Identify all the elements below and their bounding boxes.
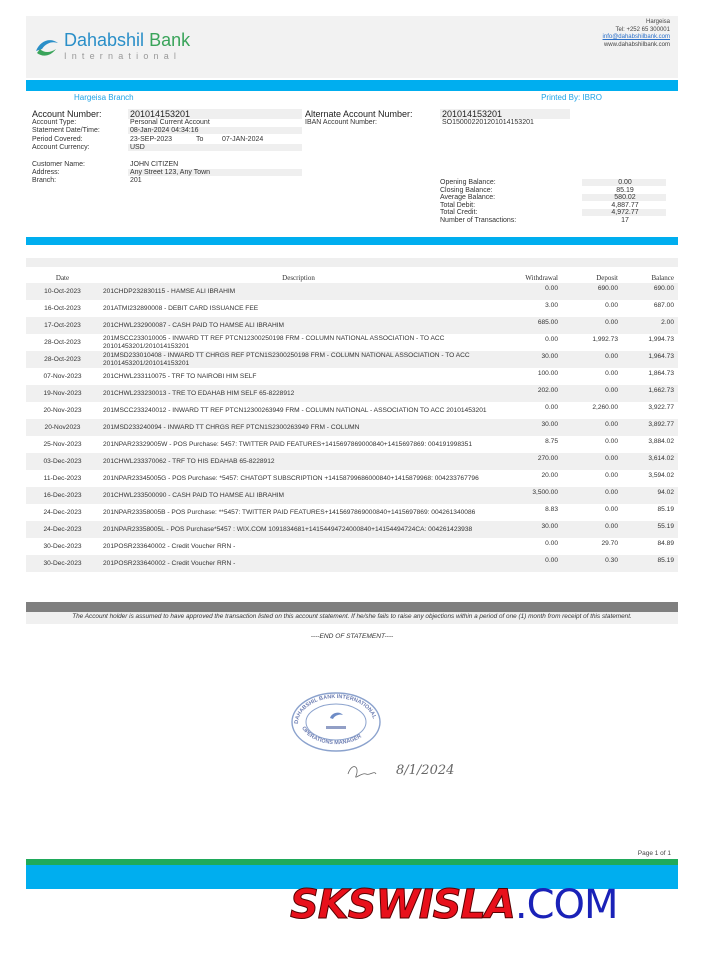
statement-page: Dahabshil Bank International Hargeisa Te… bbox=[26, 16, 678, 640]
row-description: 201CHDP232830115 - HAMSE ALI IBRAHIM bbox=[99, 283, 498, 300]
table-row: 10-Oct-2023201CHDP232830115 - HAMSE ALI … bbox=[26, 283, 678, 300]
row-withdrawal: 0.00 bbox=[498, 538, 562, 555]
section-divider bbox=[26, 237, 678, 245]
table-row: 19-Nov-2023201CHWL233230013 - TRE TO EDA… bbox=[26, 385, 678, 402]
row-description: 201POSR233640002 - Credit Voucher RRN - bbox=[99, 555, 498, 572]
period-to-label: To bbox=[194, 136, 203, 143]
branch-label: Hargeisa Branch bbox=[74, 93, 134, 102]
row-withdrawal: 0.00 bbox=[498, 334, 562, 351]
row-balance: 3,594.02 bbox=[622, 470, 678, 487]
summary-label: Opening Balance: bbox=[440, 179, 496, 186]
table-row: 16-Dec-2023201CHWL233500090 - CASH PAID … bbox=[26, 487, 678, 504]
summary-value: 4,972.77 bbox=[582, 209, 666, 216]
row-date: 17-Oct-2023 bbox=[26, 317, 99, 334]
row-deposit: 0.00 bbox=[562, 521, 622, 538]
contact-email-link[interactable]: info@dahabshilbank.com bbox=[603, 34, 670, 42]
summary-label: Total Debit: bbox=[440, 202, 475, 209]
row-deposit: 0.00 bbox=[562, 470, 622, 487]
table-row: 28-Oct-2023201MSCC233010005 - INWARD TT … bbox=[26, 334, 678, 351]
table-row: 25-Nov-2023201NPAR23329005W - POS Purcha… bbox=[26, 436, 678, 453]
contact-city: Hargeisa bbox=[603, 19, 670, 27]
branch-code: 201 bbox=[128, 177, 142, 184]
account-number: 201014153201 bbox=[128, 109, 302, 119]
page-number: Page 1 of 1 bbox=[638, 850, 671, 857]
account-info: Account Number: 201014153201 Account Typ… bbox=[26, 105, 678, 235]
row-date: 28-Oct-2023 bbox=[26, 334, 99, 351]
grey-band bbox=[26, 258, 678, 267]
account-number-label: Account Number: bbox=[32, 109, 102, 119]
row-date: 24-Dec-2023 bbox=[26, 504, 99, 521]
table-row: 17-Oct-2023201CHWL232900087 - CASH PAID … bbox=[26, 317, 678, 334]
row-balance: 55.19 bbox=[622, 521, 678, 538]
row-withdrawal: 8.75 bbox=[498, 436, 562, 453]
row-description: 201ATMI232890008 - DEBIT CARD ISSUANCE F… bbox=[99, 300, 498, 317]
summary-value: 4,887.77 bbox=[582, 202, 666, 209]
col-description: Description bbox=[99, 272, 498, 283]
signature: 8/1/2024 bbox=[340, 752, 470, 791]
watermark: SKSWISLA.COM bbox=[290, 882, 618, 928]
row-balance: 1,662.73 bbox=[622, 385, 678, 402]
bank-stamp-icon: DAHABSHIL BANK INTERNATIONAL OPERATIONS … bbox=[286, 688, 386, 754]
summary-value: 17 bbox=[582, 217, 666, 224]
row-withdrawal: 20.00 bbox=[498, 470, 562, 487]
row-deposit: 0.00 bbox=[562, 419, 622, 436]
row-balance: 85.19 bbox=[622, 504, 678, 521]
summary-value: 0.00 bbox=[582, 179, 666, 186]
iban-label: IBAN Account Number: bbox=[305, 119, 377, 126]
row-description: 201NPAR23358005L - POS Purchase*5457 : W… bbox=[99, 521, 498, 538]
watermark-part2: .COM bbox=[515, 882, 618, 928]
period-from: 23-SEP-2023 bbox=[128, 136, 172, 143]
row-date: 03-Dec-2023 bbox=[26, 453, 99, 470]
summary-label: Total Credit: bbox=[440, 209, 477, 216]
table-row: 11-Dec-2023201NPAR23345005G - POS Purcha… bbox=[26, 470, 678, 487]
row-deposit: 0.00 bbox=[562, 504, 622, 521]
bank-subtitle: International bbox=[64, 51, 190, 61]
customer-name: JOHN CITIZEN bbox=[128, 161, 178, 168]
row-withdrawal: 202.00 bbox=[498, 385, 562, 402]
bank-logo-icon bbox=[34, 33, 60, 59]
bank-contact: Hargeisa Tel: +252 65 300001 info@dahabs… bbox=[603, 19, 670, 49]
col-date: Date bbox=[26, 272, 99, 283]
address-label: Address: bbox=[32, 169, 60, 176]
row-withdrawal: 8.83 bbox=[498, 504, 562, 521]
alt-account-label: Alternate Account Number: bbox=[305, 109, 413, 119]
transactions-table: Date Description Withdrawal Deposit Bala… bbox=[26, 272, 678, 572]
row-withdrawal: 30.00 bbox=[498, 521, 562, 538]
summary-label: Closing Balance: bbox=[440, 187, 493, 194]
row-deposit: 0.00 bbox=[562, 385, 622, 402]
table-row: 16-Oct-2023201ATMI232890008 - DEBIT CARD… bbox=[26, 300, 678, 317]
row-deposit: 2,260.00 bbox=[562, 402, 622, 419]
bank-name-part1: Dahabshil bbox=[64, 30, 144, 50]
row-description: 201CHWL233110075 - TRF TO NAIROBI HIM SE… bbox=[99, 368, 498, 385]
account-type: Personal Current Account bbox=[128, 119, 302, 126]
svg-text:8/1/2024: 8/1/2024 bbox=[396, 763, 454, 778]
printed-by: Printed By: IBRO bbox=[541, 93, 602, 102]
row-balance: 94.02 bbox=[622, 487, 678, 504]
row-description: 201CHWL233230013 - TRE TO EDAHAB HIM SEL… bbox=[99, 385, 498, 402]
letterhead: Dahabshil Bank International Hargeisa Te… bbox=[26, 16, 678, 78]
alt-account: 201014153201 bbox=[440, 109, 570, 119]
row-description: 201NPAR23329005W - POS Purchase: 5457: T… bbox=[99, 436, 498, 453]
summary-value: 580.02 bbox=[582, 194, 666, 201]
table-row: 07-Nov-2023201CHWL233110075 - TRF TO NAI… bbox=[26, 368, 678, 385]
row-date: 28-Oct-2023 bbox=[26, 351, 99, 368]
currency: USD bbox=[128, 144, 302, 151]
row-date: 30-Dec-2023 bbox=[26, 538, 99, 555]
col-deposit: Deposit bbox=[562, 272, 622, 283]
col-withdrawal: Withdrawal bbox=[498, 272, 562, 283]
row-balance: 3,614.02 bbox=[622, 453, 678, 470]
row-deposit: 0.30 bbox=[562, 555, 622, 572]
row-withdrawal: 30.00 bbox=[498, 419, 562, 436]
row-deposit: 0.00 bbox=[562, 453, 622, 470]
row-withdrawal: 100.00 bbox=[498, 368, 562, 385]
row-deposit: 0.00 bbox=[562, 317, 622, 334]
table-row: 24-Dec-2023201NPAR23358005L - POS Purcha… bbox=[26, 521, 678, 538]
row-description: 201MSD233010408 - INWARD TT CHRGS REF PT… bbox=[99, 351, 498, 368]
summary-label: Number of Transactions: bbox=[440, 217, 516, 224]
row-deposit: 0.00 bbox=[562, 351, 622, 368]
table-row: 20-Nov-2023201MSCC233240012 - INWARD TT … bbox=[26, 402, 678, 419]
row-description: 201MSCC233240012 - INWARD TT REF PTCN123… bbox=[99, 402, 498, 419]
row-balance: 1,864.73 bbox=[622, 368, 678, 385]
row-balance: 3,922.77 bbox=[622, 402, 678, 419]
row-withdrawal: 30.00 bbox=[498, 351, 562, 368]
bank-name-part2: Bank bbox=[149, 30, 190, 50]
address: Any Street 123, Any Town bbox=[128, 169, 302, 176]
row-date: 20-Nov2023 bbox=[26, 419, 99, 436]
row-balance: 1,964.73 bbox=[622, 351, 678, 368]
row-deposit: 1,992.73 bbox=[562, 334, 622, 351]
table-row: 30-Dec-2023201POSR233640002 - Credit Vou… bbox=[26, 555, 678, 572]
disclaimer: The Account holder is assumed to have ap… bbox=[26, 612, 678, 624]
row-balance: 1,994.73 bbox=[622, 334, 678, 351]
branch-code-label: Branch: bbox=[32, 177, 56, 184]
row-date: 30-Dec-2023 bbox=[26, 555, 99, 572]
account-type-label: Account Type: bbox=[32, 119, 76, 126]
row-date: 20-Nov-2023 bbox=[26, 402, 99, 419]
row-withdrawal: 685.00 bbox=[498, 317, 562, 334]
watermark-part1: SKSWISLA bbox=[290, 882, 515, 928]
row-balance: 687.00 bbox=[622, 300, 678, 317]
end-of-statement: ----END OF STATEMENT---- bbox=[26, 633, 678, 640]
col-balance: Balance bbox=[622, 272, 678, 283]
table-row: 24-Dec-2023201NPAR23358005B - POS Purcha… bbox=[26, 504, 678, 521]
row-date: 16-Dec-2023 bbox=[26, 487, 99, 504]
table-row: 30-Dec-2023201POSR233640002 - Credit Vou… bbox=[26, 538, 678, 555]
row-date: 11-Dec-2023 bbox=[26, 470, 99, 487]
table-row: 03-Dec-2023201CHWL233370062 - TRF TO HIS… bbox=[26, 453, 678, 470]
row-description: 201NPAR23345005G - POS Purchase: *5457: … bbox=[99, 470, 498, 487]
row-withdrawal: 270.00 bbox=[498, 453, 562, 470]
table-row: 20-Nov2023201MSD233240094 - INWARD TT CH… bbox=[26, 419, 678, 436]
row-balance: 3,884.02 bbox=[622, 436, 678, 453]
row-description: 201CHWL233500090 - CASH PAID TO HAMSE AL… bbox=[99, 487, 498, 504]
row-withdrawal: 0.00 bbox=[498, 555, 562, 572]
contact-website: www.dahabshilbank.com bbox=[603, 42, 670, 50]
row-description: 201CHWL232900087 - CASH PAID TO HAMSE AL… bbox=[99, 317, 498, 334]
row-date: 24-Dec-2023 bbox=[26, 521, 99, 538]
row-description: 201MSD233240094 - INWARD TT CHRGS REF PT… bbox=[99, 419, 498, 436]
contact-tel: Tel: +252 65 300001 bbox=[603, 27, 670, 35]
row-date: 25-Nov-2023 bbox=[26, 436, 99, 453]
period-to: 07-JAN-2024 bbox=[220, 136, 263, 143]
row-date: 07-Nov-2023 bbox=[26, 368, 99, 385]
summary-value: 85.19 bbox=[582, 187, 666, 194]
bank-logo: Dahabshil Bank International bbox=[34, 31, 190, 61]
row-balance: 3,892.77 bbox=[622, 419, 678, 436]
row-deposit: 29.70 bbox=[562, 538, 622, 555]
row-description: 201NPAR23358005B - POS Purchase: **5457:… bbox=[99, 504, 498, 521]
statement-datetime: 08-Jan-2024 04:34:16 bbox=[128, 127, 302, 134]
statement-datetime-label: Statement Date/Time: bbox=[32, 127, 100, 134]
row-date: 19-Nov-2023 bbox=[26, 385, 99, 402]
row-description: 201POSR233640002 - Credit Voucher RRN - bbox=[99, 538, 498, 555]
row-description: 201CHWL233370062 - TRF TO HIS EDAHAB 65-… bbox=[99, 453, 498, 470]
row-deposit: 0.00 bbox=[562, 487, 622, 504]
row-withdrawal: 0.00 bbox=[498, 283, 562, 300]
row-deposit: 0.00 bbox=[562, 368, 622, 385]
table-row: 28-Oct-2023201MSD233010408 - INWARD TT C… bbox=[26, 351, 678, 368]
row-date: 10-Oct-2023 bbox=[26, 283, 99, 300]
row-withdrawal: 0.00 bbox=[498, 402, 562, 419]
row-balance: 2.00 bbox=[622, 317, 678, 334]
row-balance: 84.89 bbox=[622, 538, 678, 555]
row-deposit: 690.00 bbox=[562, 283, 622, 300]
summary-label: Average Balance: bbox=[440, 194, 495, 201]
iban: SO150002201201014153201 bbox=[440, 119, 534, 126]
header-divider bbox=[26, 80, 678, 91]
customer-name-label: Customer Name: bbox=[32, 161, 85, 168]
row-balance: 690.00 bbox=[622, 283, 678, 300]
row-deposit: 0.00 bbox=[562, 436, 622, 453]
currency-label: Account Currency: bbox=[32, 144, 90, 151]
period-label: Period Covered: bbox=[32, 136, 83, 143]
row-balance: 85.19 bbox=[622, 555, 678, 572]
footer-divider bbox=[26, 602, 678, 612]
row-withdrawal: 3.00 bbox=[498, 300, 562, 317]
row-withdrawal: 3,500.00 bbox=[498, 487, 562, 504]
row-deposit: 0.00 bbox=[562, 300, 622, 317]
row-date: 16-Oct-2023 bbox=[26, 300, 99, 317]
row-description: 201MSCC233010005 - INWARD TT REF PTCN123… bbox=[99, 334, 498, 351]
